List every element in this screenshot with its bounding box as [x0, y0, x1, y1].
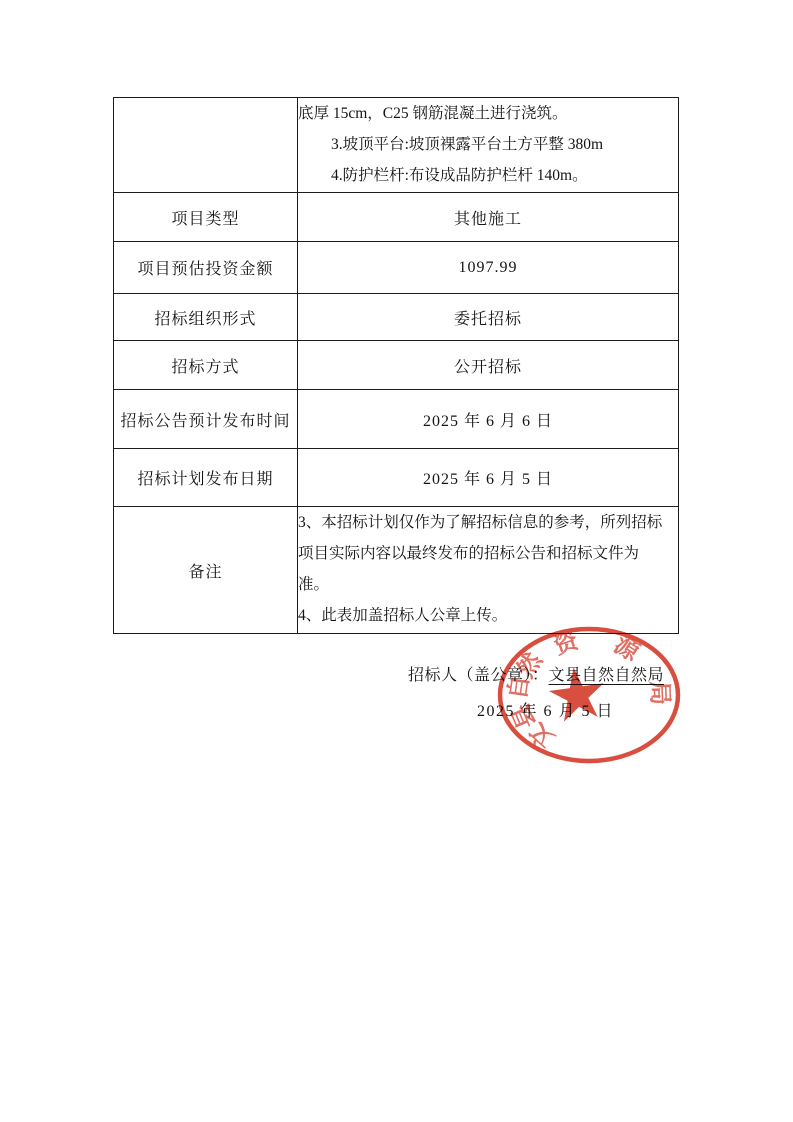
- row-label: 备注: [114, 507, 298, 634]
- remark-line: 4、此表加盖招标人公章上传。: [298, 600, 678, 631]
- row-label: 招标方式: [114, 341, 298, 390]
- signer-line: 招标人（盖公章）：文县自然自然局: [408, 662, 664, 685]
- row-label: 项目预估投资金额: [114, 242, 298, 294]
- row-label: 招标计划发布日期: [114, 449, 298, 507]
- table-row-tender-method: 招标方式 公开招标: [114, 341, 679, 390]
- row-label: 招标公告预计发布时间: [114, 390, 298, 449]
- row-label-empty: [114, 98, 298, 193]
- project-content-cell: 底厚 15cm，C25 钢筋混凝土进行浇筑。 3.坡顶平台:坡顶裸露平台土方平整…: [298, 98, 679, 193]
- signer-name: 文县自然自然局: [549, 667, 665, 684]
- table-row-announce-time: 招标公告预计发布时间 2025 年 6 月 6 日: [114, 390, 679, 449]
- row-value: 2025 年 6 月 5 日: [298, 449, 679, 507]
- row-label: 项目类型: [114, 193, 298, 242]
- svg-text:文: 文: [524, 717, 560, 753]
- table-row-org-form: 招标组织形式 委托招标: [114, 294, 679, 341]
- row-label: 招标组织形式: [114, 294, 298, 341]
- row-value: 委托招标: [298, 294, 679, 341]
- remark-line: 3、本招标计划仅作为了解招标信息的参考，所列招标: [298, 507, 678, 538]
- content-line: 底厚 15cm，C25 钢筋混凝土进行浇筑。: [298, 98, 678, 129]
- remarks-cell: 3、本招标计划仅作为了解招标信息的参考，所列招标 项目实际内容以最终发布的招标公…: [298, 507, 679, 634]
- tender-plan-table: 底厚 15cm，C25 钢筋混凝土进行浇筑。 3.坡顶平台:坡顶裸露平台土方平整…: [113, 97, 679, 634]
- row-value: 1097.99: [298, 242, 679, 294]
- stamp-ring: [500, 629, 678, 761]
- stamp-arc-text: 文县自然资源局: [504, 625, 673, 753]
- signer-label: 招标人（盖公章）：: [408, 667, 549, 684]
- footer-date: 2025 年 6 月 5 日: [477, 698, 614, 721]
- row-value: 公开招标: [298, 341, 679, 390]
- remark-line: 项目实际内容以最终发布的招标公告和招标文件为: [298, 538, 678, 569]
- document-page: 底厚 15cm，C25 钢筋混凝土进行浇筑。 3.坡顶平台:坡顶裸露平台土方平整…: [0, 0, 793, 1122]
- official-stamp: 文县自然资源局: [494, 618, 688, 774]
- table-row-investment: 项目预估投资金额 1097.99: [114, 242, 679, 294]
- remark-line: 准。: [298, 569, 678, 600]
- content-line: 4.防护栏杆:布设成品防护栏杆 140m。: [298, 160, 678, 191]
- content-line: 3.坡顶平台:坡顶裸露平台土方平整 380m: [298, 129, 678, 160]
- row-value: 2025 年 6 月 6 日: [298, 390, 679, 449]
- table-row-remarks: 备注 3、本招标计划仅作为了解招标信息的参考，所列招标 项目实际内容以最终发布的…: [114, 507, 679, 634]
- table-row-continuation: 底厚 15cm，C25 钢筋混凝土进行浇筑。 3.坡顶平台:坡顶裸露平台土方平整…: [114, 98, 679, 193]
- table-row-project-type: 项目类型 其他施工: [114, 193, 679, 242]
- row-value: 其他施工: [298, 193, 679, 242]
- table-row-plan-date: 招标计划发布日期 2025 年 6 月 5 日: [114, 449, 679, 507]
